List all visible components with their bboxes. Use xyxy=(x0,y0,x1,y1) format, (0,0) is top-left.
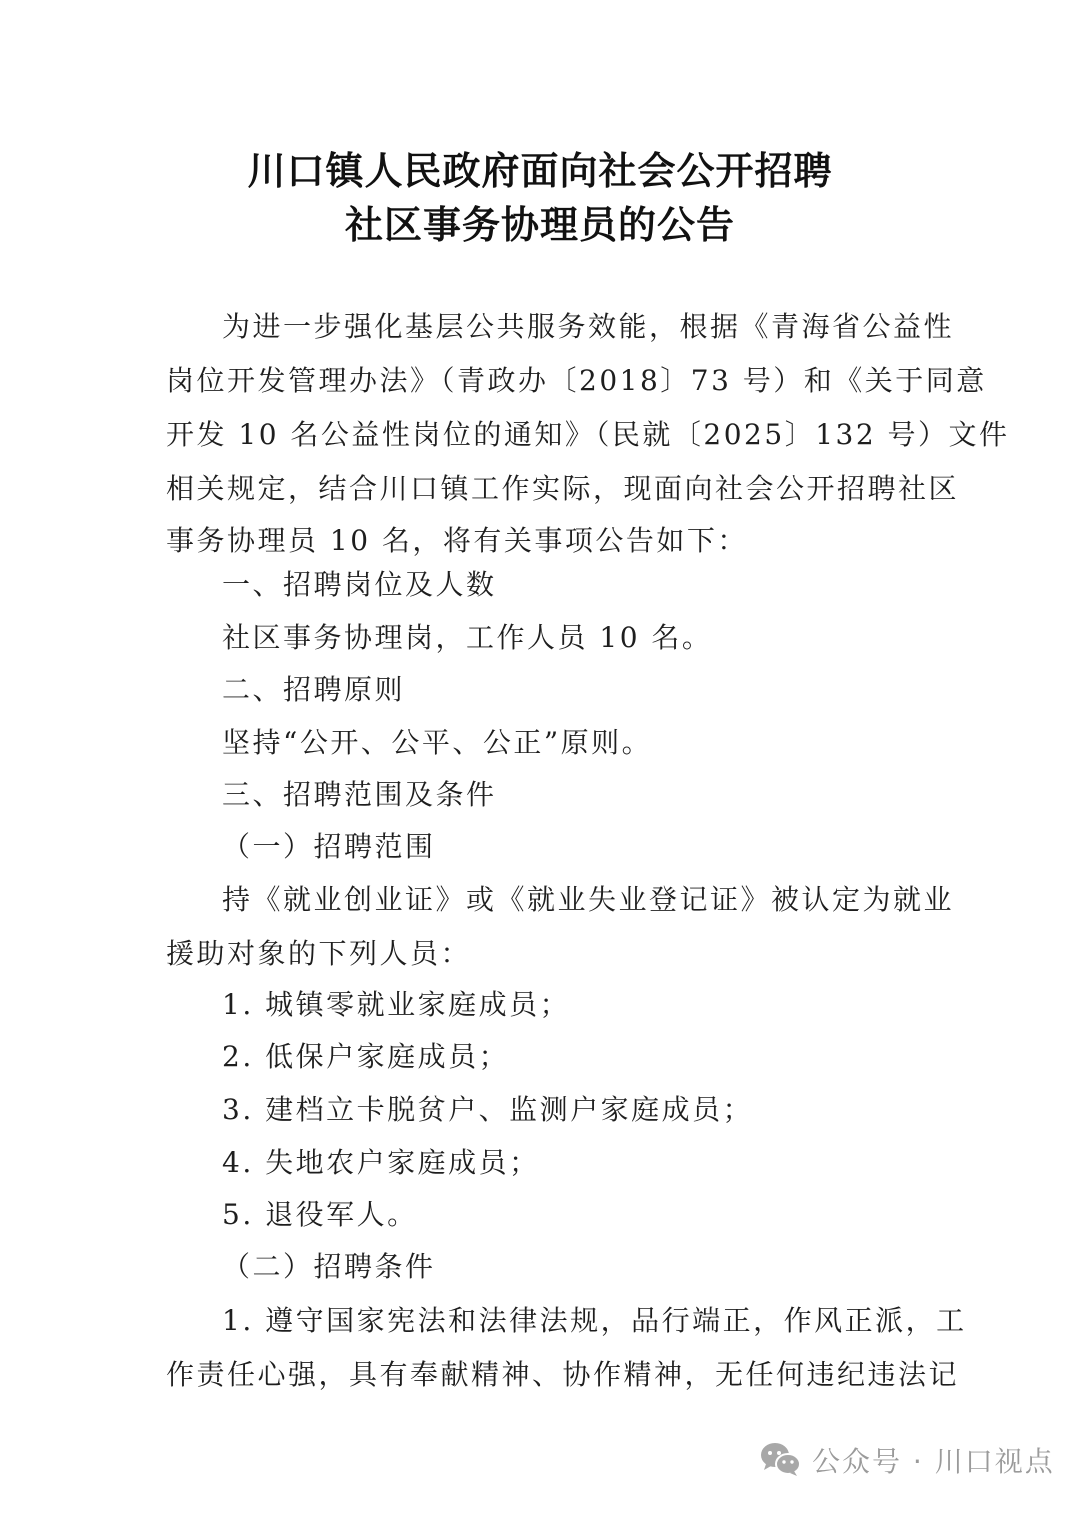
subsection-heading-1: （一）招聘范围 xyxy=(222,830,436,864)
list-item-1: 1. 城镇零就业家庭成员； xyxy=(222,988,570,1022)
section-heading-2: 二、招聘原则 xyxy=(222,673,405,707)
paragraph-line: 1. 遵守国家宪法和法律法规，品行端正，作风正派，工 xyxy=(222,1304,967,1338)
paragraph-line: 相关规定，结合川口镇工作实际，现面向社会公开招聘社区 xyxy=(166,472,959,506)
paragraph-line: 事务协理员 10 名，将有关事项公告如下： xyxy=(166,524,748,558)
document-page: 川口镇人民政府面向社会公开招聘 社区事务协理员的公告 为进一步强化基层公共服务效… xyxy=(0,0,1080,1527)
list-item-3: 3. 建档立卡脱贫户、监测户家庭成员； xyxy=(222,1093,753,1127)
section-heading-1: 一、招聘岗位及人数 xyxy=(222,568,497,602)
list-item-2: 2. 低保户家庭成员； xyxy=(222,1040,509,1074)
section-heading-3: 三、招聘范围及条件 xyxy=(222,778,497,812)
list-item-5: 5. 退役军人。 xyxy=(222,1198,418,1232)
paragraph-line: 作责任心强，具有奉献精神、协作精神，无任何违纪违法记 xyxy=(166,1358,959,1392)
list-item-4: 4. 失地农户家庭成员； xyxy=(222,1146,540,1180)
subsection-heading-2: （二）招聘条件 xyxy=(222,1250,436,1284)
paragraph-line: 岗位开发管理办法》（青政办〔2018〕73 号）和《关于同意 xyxy=(166,364,987,398)
watermark-text: 公众号 · 川口视点 xyxy=(812,1440,1055,1480)
paragraph-line: 坚持“公开、公平、公正”原则。 xyxy=(222,726,652,760)
paragraph-line: 社区事务协理岗，工作人员 10 名。 xyxy=(222,621,712,655)
document-title-line-1: 川口镇人民政府面向社会公开招聘 xyxy=(0,140,1080,195)
paragraph-line: 援助对象的下列人员： xyxy=(166,937,471,971)
wechat-icon xyxy=(760,1442,802,1478)
wechat-watermark: 公众号 · 川口视点 xyxy=(760,1440,1055,1480)
document-title-line-2: 社区事务协理员的公告 xyxy=(0,194,1080,249)
paragraph-line: 为进一步强化基层公共服务效能，根据《青海省公益性 xyxy=(222,310,954,344)
paragraph-line: 持《就业创业证》或《就业失业登记证》被认定为就业 xyxy=(222,883,954,917)
paragraph-line: 开发 10 名公益性岗位的通知》（民就〔2025〕132 号）文件 xyxy=(166,418,1010,452)
